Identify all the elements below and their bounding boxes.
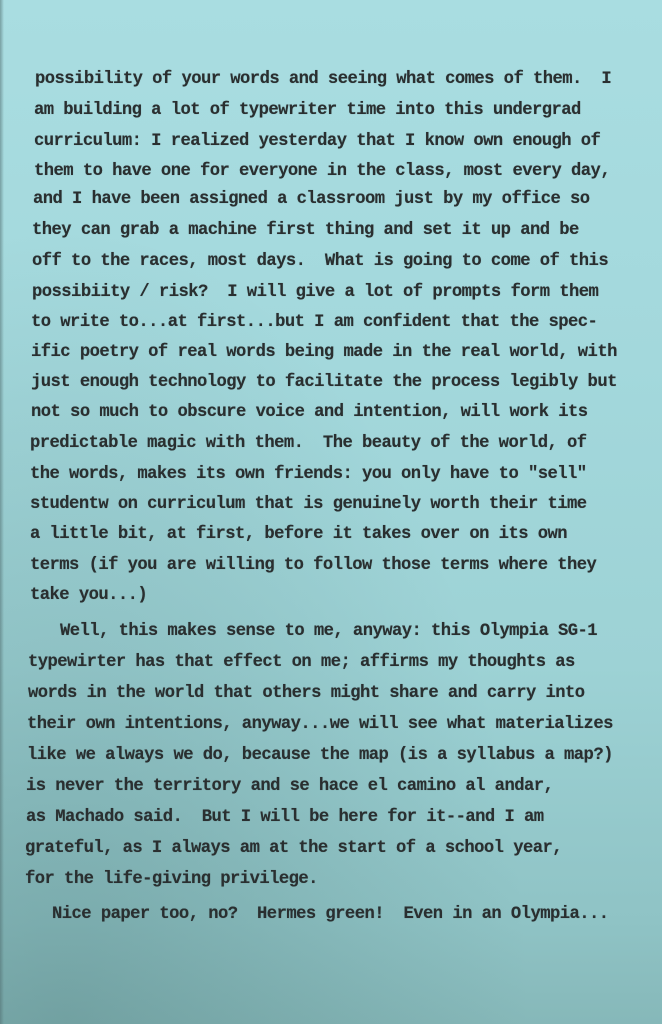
text-line: am building a lot of typewriter time int…	[34, 101, 581, 121]
text-line: a little bit, at first, before it takes …	[30, 525, 567, 545]
text-line: not so much to obscure voice and intenti…	[31, 403, 588, 423]
text-line: take you...)	[30, 586, 147, 606]
text-line: studentw on curriculum that is genuinely…	[30, 495, 587, 515]
text-line: typewirter has that effect on me; affirm…	[28, 653, 575, 673]
text-line: is never the territory and se hace el ca…	[26, 777, 553, 797]
text-line: their own intentions, anyway...we will s…	[27, 715, 613, 735]
text-line: like we always we do, because the map (i…	[27, 746, 613, 766]
text-line: for the life-giving privilege.	[25, 870, 318, 890]
text-line: ific poetry of real words being made in …	[31, 343, 617, 363]
text-line: terms (if you are willing to follow thos…	[30, 556, 596, 576]
text-line: and I have been assigned a classroom jus…	[33, 190, 590, 210]
text-line: them to have one for everyone in the cla…	[34, 162, 610, 182]
text-line: words in the world that others might sha…	[28, 684, 585, 704]
text-line: possibility of your words and seeing wha…	[35, 70, 611, 90]
typewritten-page: possibility of your words and seeing wha…	[0, 0, 662, 1024]
text-line: grateful, as I always am at the start of…	[25, 839, 562, 859]
text-line: as Machado said. But I will be here for …	[26, 808, 544, 828]
text-line: predictable magic with them. The beauty …	[30, 434, 587, 454]
text-line: just enough technology to facilitate the…	[31, 373, 617, 393]
text-line: to write to...at first...but I am confid…	[31, 313, 597, 333]
text-line: Nice paper too, no? Hermes green! Even i…	[52, 905, 609, 925]
text-line: Well, this makes sense to me, anyway: th…	[60, 622, 597, 642]
text-line: they can grab a machine first thing and …	[32, 221, 579, 241]
text-line: possibiity / risk? I will give a lot of …	[32, 283, 598, 303]
paper-edge-shadow	[0, 0, 4, 1024]
text-line: curriculum: I realized yesterday that I …	[34, 132, 600, 152]
text-line: off to the races, most days. What is goi…	[32, 252, 608, 272]
text-line: the words, makes its own friends: you on…	[30, 465, 587, 485]
